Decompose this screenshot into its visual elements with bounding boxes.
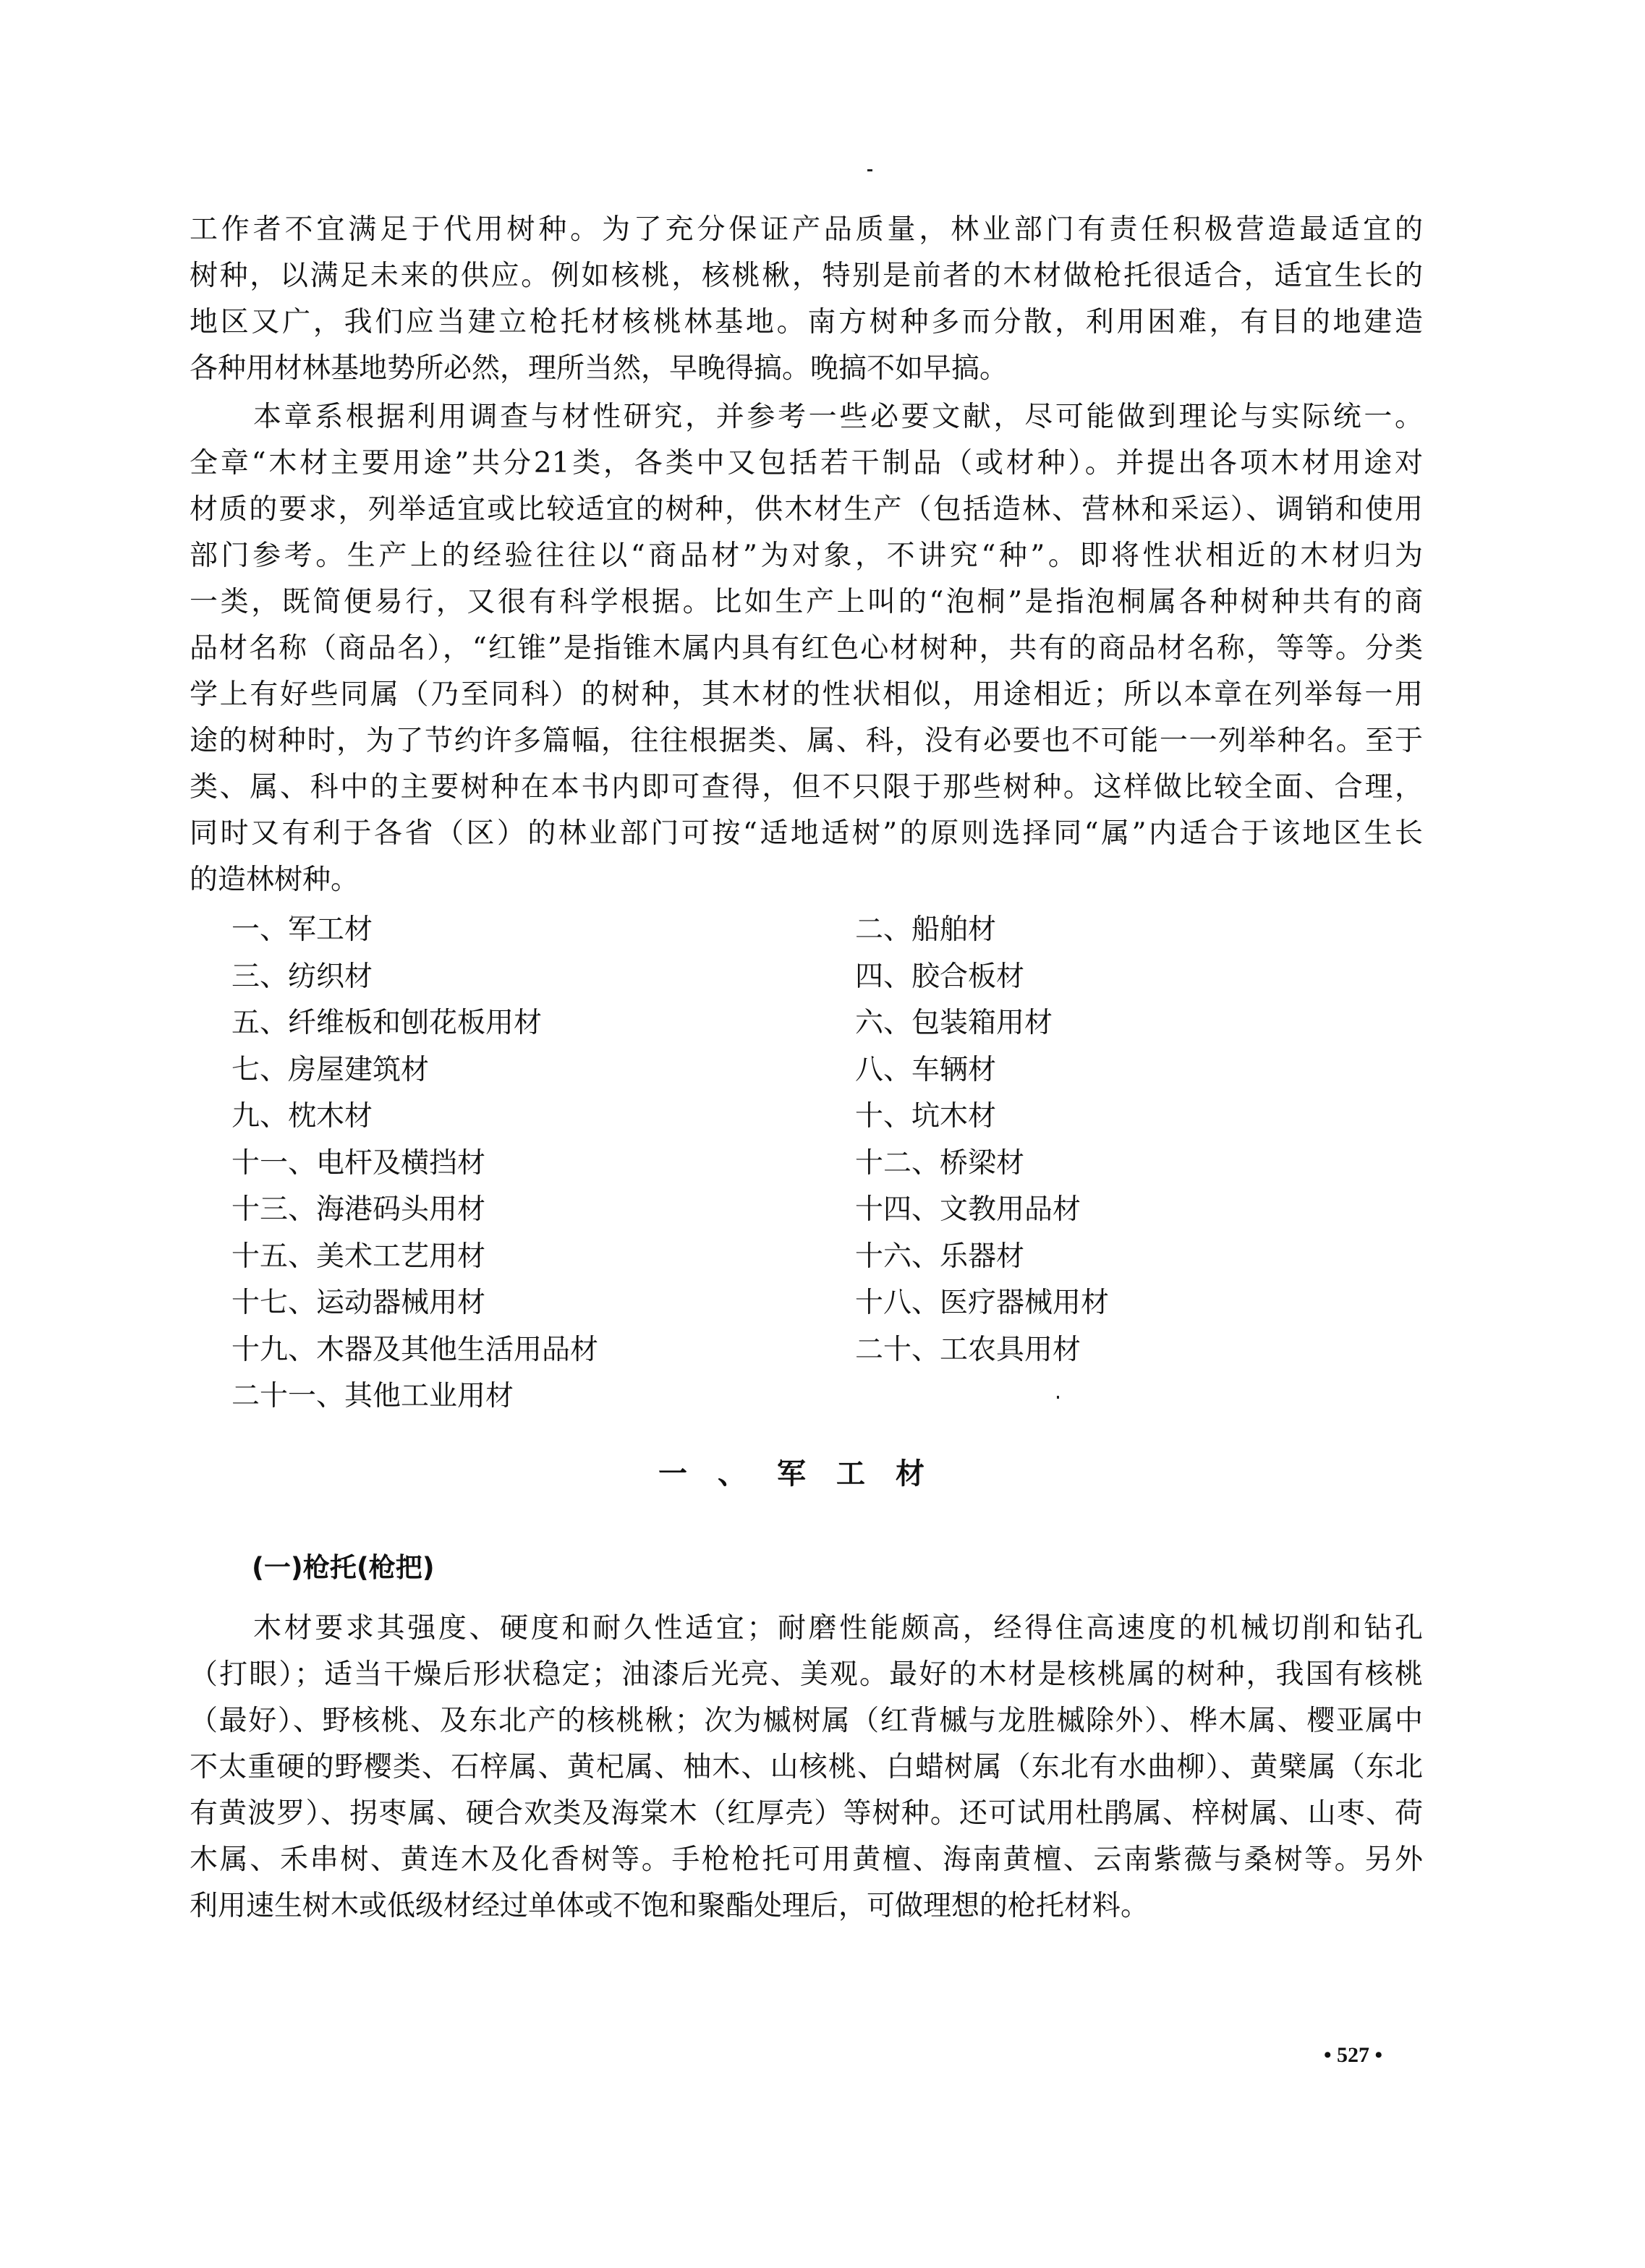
category-item: 十三、海港码头用材	[231, 1187, 485, 1233]
category-row: 十三、海港码头用材 十四、文教用品材	[231, 1187, 1461, 1234]
paragraph-line: 树种，以满足未来的供应。例如核桃，核桃楸，特别是前者的木材做枪托很适合，适宜生长…	[190, 253, 1423, 299]
paragraph-line: 工作者不宜满足于代用树种。为了充分保证产品质量，林业部门有责任积极营造最适宜的	[190, 207, 1423, 253]
category-item: 八、车辆材	[855, 1047, 996, 1093]
paragraph-line: 利用速生树木或低级材经过单体或不饱和聚酯处理后，可做理想的枪托材料。	[190, 1883, 1423, 1930]
paragraph-line: 同时又有利于各省（区）的林业部门可按“适地适树”的原则选择同“属”内适合于该地区…	[190, 811, 1423, 857]
category-item: 九、枕木材	[231, 1093, 373, 1140]
category-item: 十六、乐器材	[855, 1234, 1024, 1280]
paragraph-line: 品材名称（商品名），“红锥”是指锥木属内具有红色心材树种，共有的商品材名称，等等…	[190, 626, 1423, 672]
paragraph-line: 木属、禾串树、黄连木及化香树等。手枪枪托可用黄檀、海南黄檀、云南紫薇与桑树等。另…	[190, 1837, 1423, 1883]
category-item: 十八、医疗器械用材	[855, 1280, 1109, 1326]
page-number: • 527 •	[1324, 2041, 1382, 2070]
category-item: 五、纤维板和刨花板用材	[231, 1000, 542, 1046]
category-item: 十四、文教用品材	[855, 1187, 1081, 1233]
category-row: 二十一、其他工业用材	[231, 1373, 1461, 1420]
category-row: 十五、美术工艺用材 十六、乐器材	[231, 1234, 1461, 1281]
category-item: 十、坑木材	[855, 1093, 996, 1140]
category-item: 四、胶合板材	[855, 954, 1024, 1000]
paragraph-line: 学上有好些同属（乃至同科）的树种，其木材的性状相似，用途相近；所以本章在列举每一…	[190, 672, 1423, 718]
paragraph-line: 材质的要求，列举适宜或比较适宜的树种，供木材生产（包括造林、营林和采运）、调销和…	[190, 487, 1423, 533]
paragraph-line: （打眼）；适当干燥后形状稳定；油漆后光亮、美观。最好的木材是核桃属的树种，我国有…	[190, 1652, 1423, 1698]
gunstock-paragraph: 木材要求其强度、硬度和耐久性适宜；耐磨性能颇高，经得住高速度的机械切削和钻孔 （…	[190, 1606, 1423, 1930]
category-item: 十二、桥梁材	[855, 1141, 1024, 1187]
paragraph-line: 木材要求其强度、硬度和耐久性适宜；耐磨性能颇高，经得住高速度的机械切削和钻孔	[190, 1606, 1423, 1652]
sub-heading: (一)枪托(枪把)	[252, 1548, 435, 1588]
category-item: 十七、运动器械用材	[231, 1280, 485, 1326]
category-row: 十一、电杆及横挡材 十二、桥梁材	[231, 1141, 1461, 1188]
category-item: 十五、美术工艺用材	[231, 1234, 485, 1280]
paragraph-line: 本章系根据利用调查与材性研究，并参考一些必要文献，尽可能做到理论与实际统一。	[190, 394, 1423, 440]
category-item: 十九、木器及其他生活用品材	[231, 1327, 598, 1373]
category-row: 一、军工材 二、船舶材	[231, 907, 1461, 954]
category-item: 二十、工农具用材	[855, 1327, 1081, 1373]
paragraph-line: 类、属、科中的主要树种在本书内即可查得，但不只限于那些树种。这样做比较全面、合理…	[190, 764, 1423, 811]
intro-paragraph: 工作者不宜满足于代用树种。为了充分保证产品质量，林业部门有责任积极营造最适宜的 …	[190, 207, 1423, 392]
category-row: 九、枕木材 十、坑木材	[231, 1093, 1461, 1141]
category-item: 七、房屋建筑材	[231, 1047, 429, 1093]
paragraph-line: 部门参考。生产上的经验往往以“商品材”为对象，不讲究“种”。即将性状相近的木材归…	[190, 533, 1423, 579]
paragraph-line: （最好）、野核桃、及东北产的核桃楸；次为槭树属（红背槭与龙胜槭除外）、桦木属、樱…	[190, 1698, 1423, 1744]
category-row: 十七、运动器械用材 十八、医疗器械用材	[231, 1280, 1461, 1327]
paragraph-line: 一类，既简便易行，又很有科学根据。比如生产上叫的“泡桐”是指泡桐属各种树种共有的…	[190, 579, 1423, 626]
category-item: 六、包装箱用材	[855, 1000, 1053, 1046]
category-row: 十九、木器及其他生活用品材 二十、工农具用材	[231, 1327, 1461, 1374]
book-page: 工作者不宜满足于代用树种。为了充分保证产品质量，林业部门有责任积极营造最适宜的 …	[0, 0, 1645, 2268]
category-row: 三、纺织材 四、胶合板材	[231, 954, 1461, 1001]
paragraph-line: 地区又广，我们应当建立枪托材核桃林基地。南方树种多而分散，利用困难，有目的地建造	[190, 299, 1423, 346]
paragraph-line: 不太重硬的野樱类、石梓属、黄杞属、柚木、山核桃、白蜡树属（东北有水曲柳）、黄檗属…	[190, 1744, 1423, 1791]
paragraph-line: 有黄波罗）、拐枣属、硬合欢类及海棠木（红厚壳）等树种。还可试用杜鹃属、梓树属、山…	[190, 1791, 1423, 1837]
category-item: 一、军工材	[231, 907, 373, 953]
chapter-paragraph: 本章系根据利用调查与材性研究，并参考一些必要文献，尽可能做到理论与实际统一。 全…	[190, 394, 1423, 903]
category-item: 二、船舶材	[855, 907, 996, 953]
category-row: 七、房屋建筑材 八、车辆材	[231, 1047, 1461, 1094]
scan-speck	[867, 169, 872, 171]
paragraph-line: 全章“木材主要用途”共分21类，各类中又包括若干制品（或材种）。并提出各项木材用…	[190, 440, 1423, 487]
category-item: 十一、电杆及横挡材	[231, 1141, 485, 1187]
category-row: 五、纤维板和刨花板用材 六、包装箱用材	[231, 1000, 1461, 1047]
category-list: 一、军工材 二、船舶材 三、纺织材 四、胶合板材 五、纤维板和刨花板用材 六、包…	[231, 907, 1461, 1420]
paragraph-line: 途的树种时，为了节约许多篇幅，往往根据类、属、科，没有必要也不可能一一列举种名。…	[190, 718, 1423, 764]
paragraph-line: 各种用材林基地势所必然，理所当然，早晚得搞。晚搞不如早搞。	[190, 346, 1423, 392]
section-heading: 一、军工材	[0, 1454, 1613, 1494]
paragraph-line: 的造林树种。	[190, 857, 1423, 903]
category-item: 三、纺织材	[231, 954, 373, 1000]
category-item: 二十一、其他工业用材	[231, 1373, 514, 1420]
